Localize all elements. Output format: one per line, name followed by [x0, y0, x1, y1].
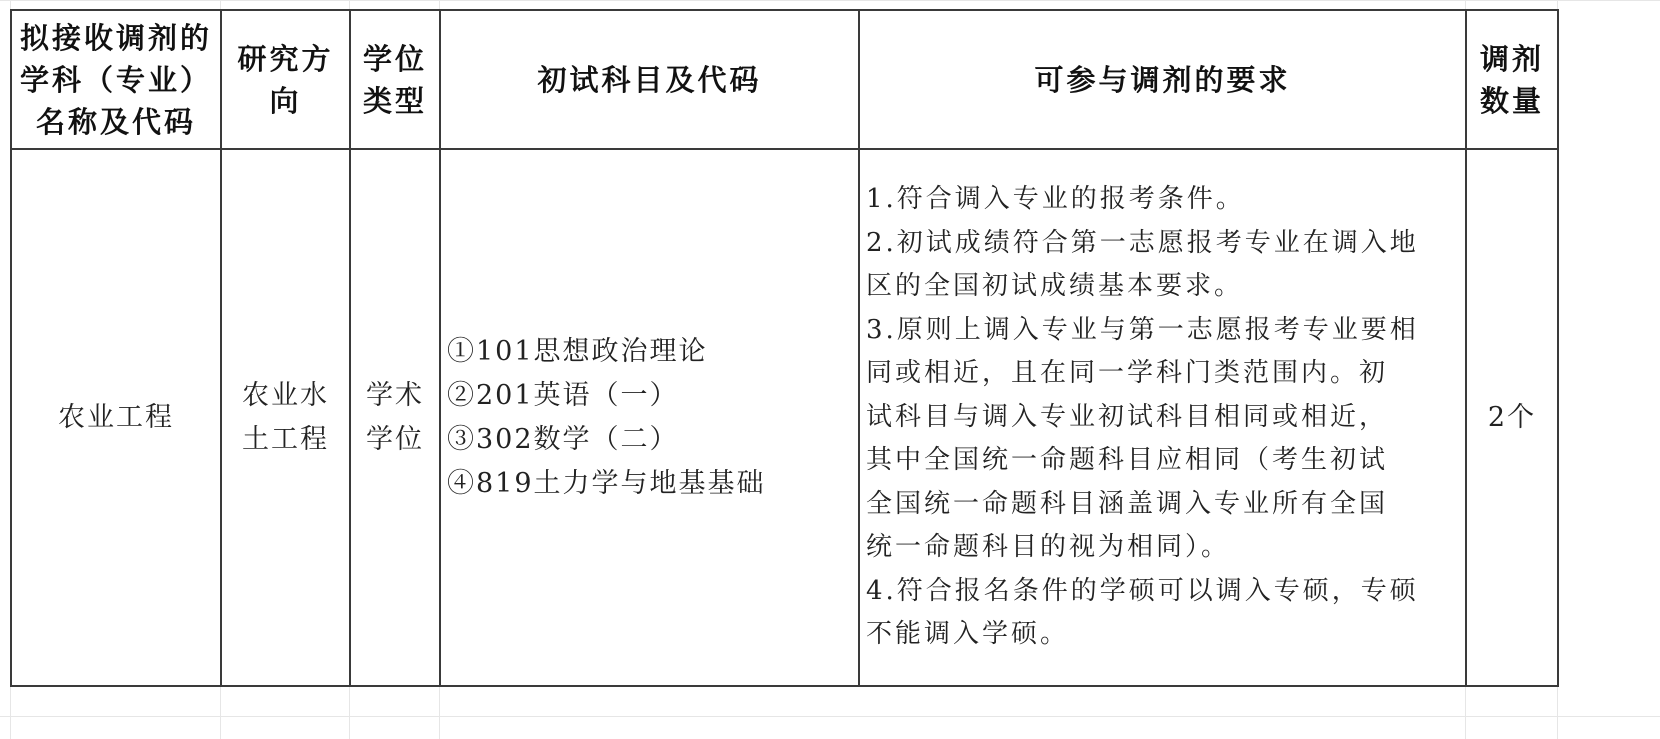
requirement-line: 全国统一命题科目涵盖调入专业所有全国 — [866, 483, 1459, 527]
cell-research-direction: 农业水 土工程 — [221, 149, 350, 686]
cell-exam-subjects: ①101思想政治理论 ②201英语（一） ③302数学（二） ④819土力学与地… — [440, 149, 859, 686]
requirement-line: 1.符合调入专业的报考条件。 — [866, 178, 1459, 222]
requirement-line: 其中全国统一命题科目应相同（考生初试 — [866, 439, 1459, 483]
requirement-line: 区的全国初试成绩基本要求。 — [866, 265, 1459, 309]
exam-subject-item: ③302数学（二） — [447, 418, 858, 462]
header-exam-subjects: 初试科目及代码 — [440, 10, 859, 149]
requirement-line: 试科目与调入专业初试科目相同或相近， — [866, 396, 1459, 440]
header-discipline-name-code: 拟接收调剂的 学科（专业） 名称及代码 — [11, 10, 221, 149]
sheet-gridline — [0, 716, 1660, 717]
requirement-line: 3.原则上调入专业与第一志愿报考专业要相 — [866, 309, 1459, 353]
sheet-gridline — [0, 0, 1660, 1]
exam-subject-item: ①101思想政治理论 — [447, 330, 858, 374]
header-requirements: 可参与调剂的要求 — [859, 10, 1466, 149]
cell-degree-type: 学术 学位 — [350, 149, 440, 686]
header-degree-type: 学位 类型 — [350, 10, 440, 149]
header-quota: 调剂 数量 — [1466, 10, 1558, 149]
requirement-line: 2.初试成绩符合第一志愿报考专业在调入地 — [866, 222, 1459, 266]
requirement-line: 不能调入学硕。 — [866, 613, 1459, 657]
requirement-line: 4.符合报名条件的学硕可以调入专硕，专硕 — [866, 570, 1459, 614]
header-research-direction: 研究方 向 — [221, 10, 350, 149]
requirement-line: 同或相近，且在同一学科门类范围内。初 — [866, 352, 1459, 396]
table-row: 农业工程 农业水 土工程 学术 学位 ①101思想政治理论 ②201英语（一） … — [11, 149, 1558, 686]
requirement-line: 统一命题科目的视为相同）。 — [866, 526, 1459, 570]
header-row: 拟接收调剂的 学科（专业） 名称及代码 研究方 向 学位 类型 初试科目及代码 … — [11, 10, 1558, 149]
exam-subject-item: ②201英语（一） — [447, 374, 858, 418]
cell-requirements: 1.符合调入专业的报考条件。 2.初试成绩符合第一志愿报考专业在调入地 区的全国… — [859, 149, 1466, 686]
cell-discipline: 农业工程 — [11, 149, 221, 686]
exam-subject-item: ④819土力学与地基基础 — [447, 462, 858, 506]
cell-quota: 2个 — [1466, 149, 1558, 686]
adjustment-table: 拟接收调剂的 学科（专业） 名称及代码 研究方 向 学位 类型 初试科目及代码 … — [10, 9, 1559, 687]
